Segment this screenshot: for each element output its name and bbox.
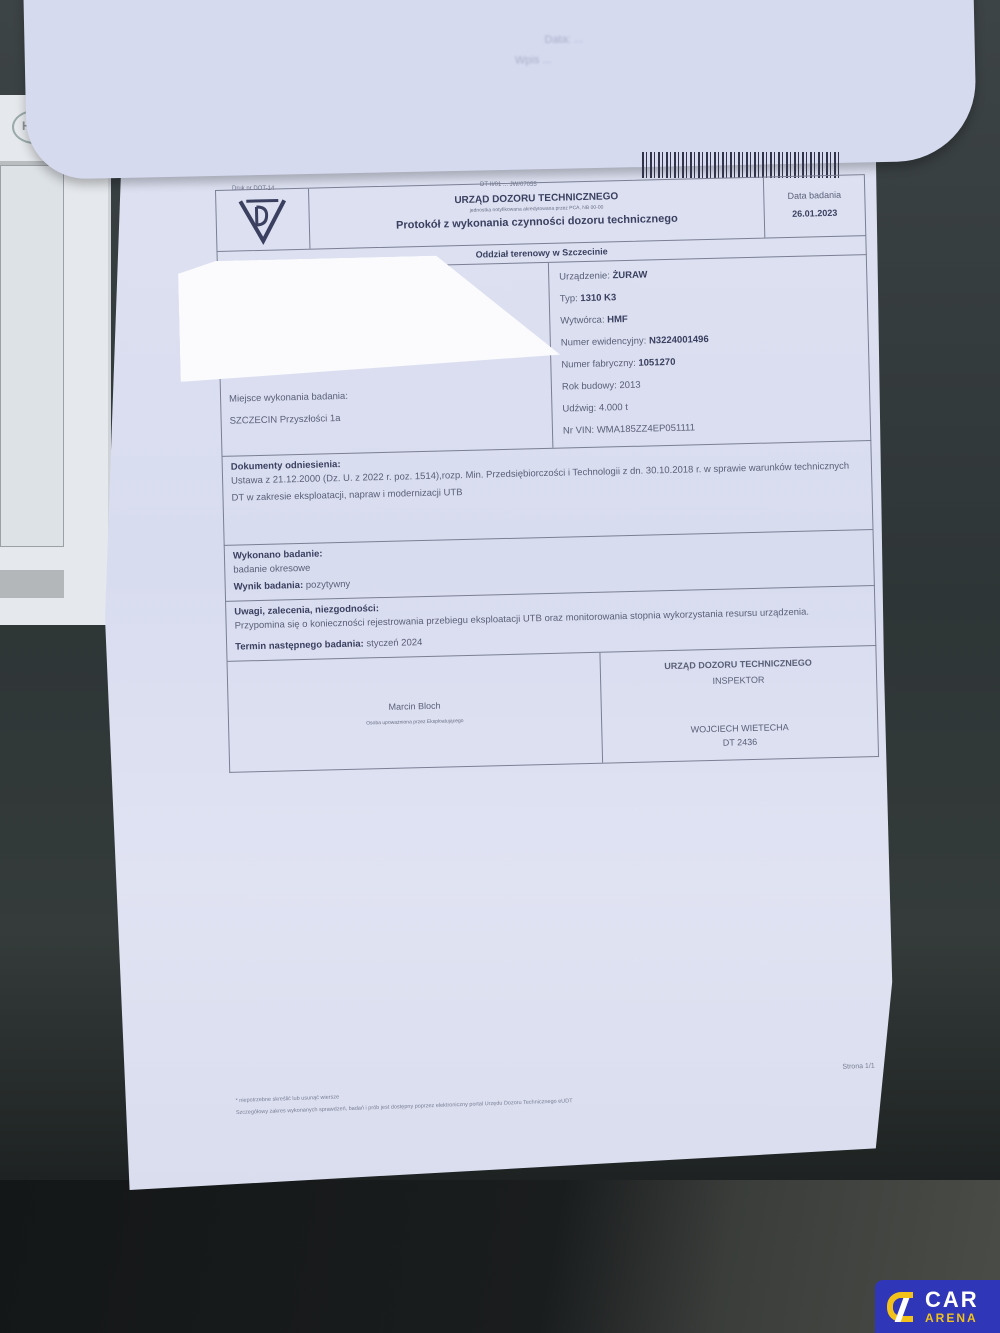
car-arena-logo-icon — [887, 1292, 913, 1322]
ghost-text: Data: ... — [544, 33, 583, 46]
location-label: Miejsce wykonania badania: — [229, 386, 348, 411]
barcode — [642, 152, 842, 178]
udt-logo — [216, 189, 310, 251]
next-exam-label: Termin następnego badania: — [235, 639, 364, 653]
location-value: SZCZECIN Przyszłości 1a — [229, 408, 348, 433]
booklet-bar — [0, 570, 64, 598]
result-label: Wynik badania: — [234, 580, 304, 593]
protocol-document: URZĄD DOZORU TECHNICZNEGO jednostka noty… — [215, 174, 879, 773]
operator-name: Marcin Bloch — [229, 697, 601, 716]
operator-caption: Osoba upoważniona przez Eksploatującego — [229, 715, 601, 730]
inspector-id: DT 2436 — [602, 734, 877, 751]
udt-logo-icon — [232, 194, 293, 245]
inspector-institution: URZĄD DOZORU TECHNICZNEGO — [600, 656, 875, 673]
result-value: pozytywny — [306, 579, 351, 591]
date-label: Data badania — [764, 189, 864, 201]
car-arena-watermark: CAR ARENA — [875, 1280, 1000, 1333]
brand-line1: CAR — [925, 1289, 979, 1311]
date-value: 26.01.2023 — [765, 207, 865, 219]
inspector-role: INSPEKTOR — [601, 672, 876, 689]
ghost-text: Wpis ... — [515, 54, 552, 67]
booklet-panel — [0, 165, 64, 547]
reference-documents: Dokumenty odniesienia: Ustawa z 21.12.20… — [222, 441, 874, 546]
background-floor — [0, 1180, 1000, 1333]
device-info: Miejsce wykonania badania: SZCZECIN Przy… — [217, 255, 871, 457]
next-exam-value: styczeń 2024 — [366, 637, 422, 649]
signature-block: Marcin Bloch Osoba upoważniona przez Eks… — [227, 646, 880, 773]
redacted-area — [178, 253, 561, 382]
brand-line2: ARENA — [925, 1311, 979, 1325]
